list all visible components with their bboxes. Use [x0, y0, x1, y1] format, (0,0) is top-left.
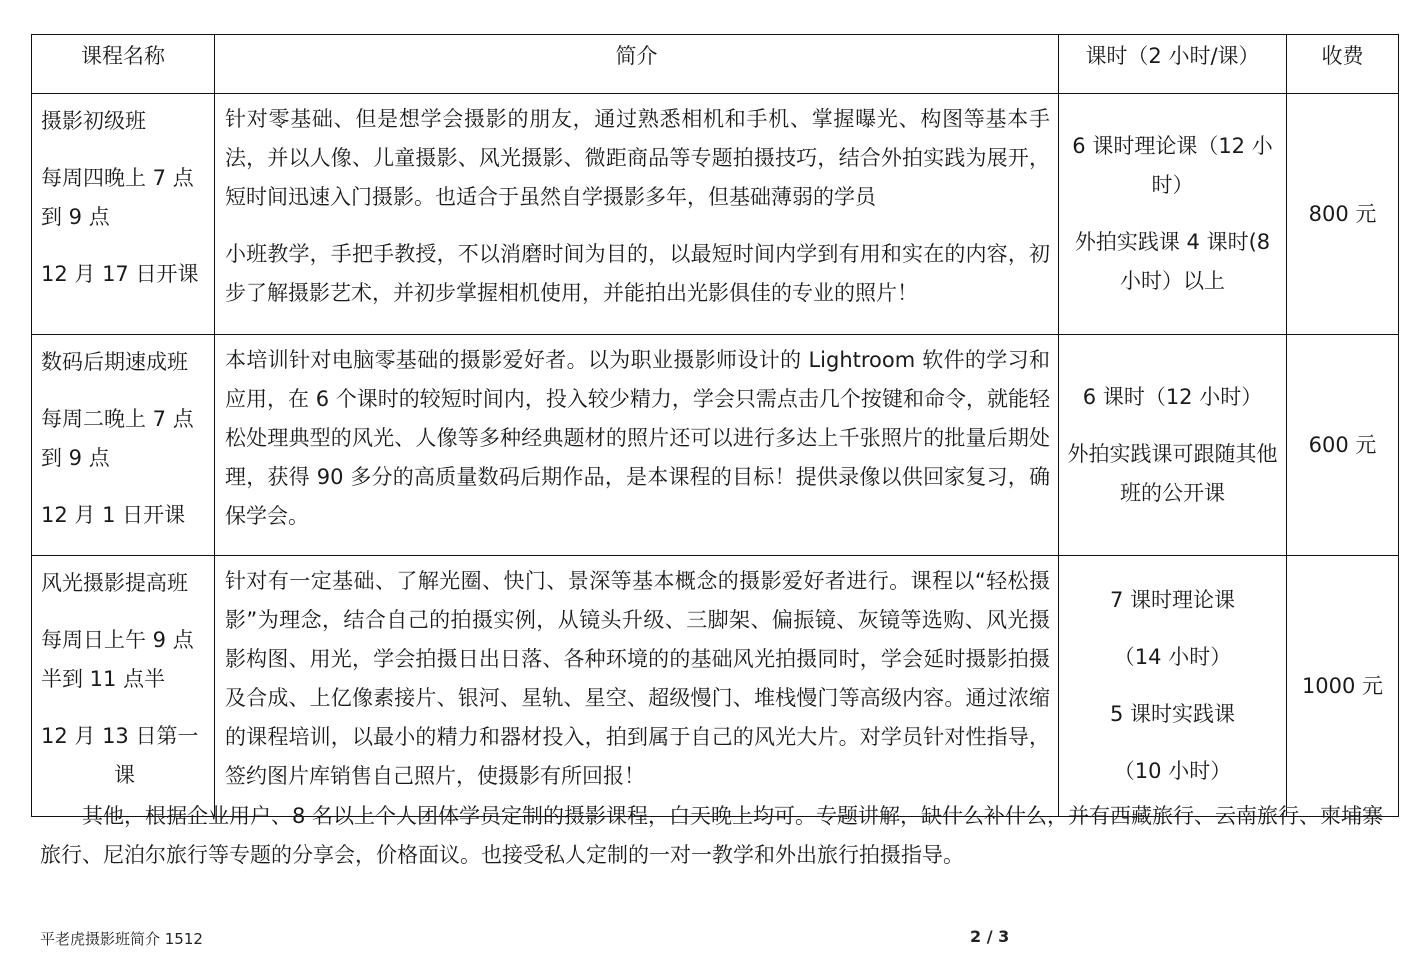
course-schedule-cont: 半到 11 点半 [41, 660, 208, 699]
additional-note: 其他，根据企业用户、8 名以上个人团体学员定制的摄影课程，白天晚上均可。专题讲解… [40, 797, 1390, 875]
page-number: 2 / 3 [970, 927, 1009, 946]
course-description-extra: 小班教学，手把手教授，不以消磨时间为目的，以最短时间内学到有用和实在的内容，初步… [225, 235, 1050, 313]
header-course-name: 课程名称 [32, 35, 215, 94]
course-start-date: 12 月 13 日第一 [41, 717, 208, 756]
theory-hours-detail: （14 小时） [1067, 638, 1278, 677]
course-schedule: 每周四晚上 7 点 [41, 159, 208, 198]
footer-doc-title: 平老虎摄影班简介 1512 [40, 928, 203, 949]
practice-hours-detail: （10 小时） [1067, 752, 1278, 791]
header-description: 简介 [215, 35, 1059, 94]
practice-hours: 外拍实践课可跟随其他班的公开课 [1067, 435, 1278, 513]
course-description-cell: 针对零基础、但是想学会摄影的朋友，通过熟悉相机和手机、掌握曝光、构图等基本手法，… [215, 94, 1059, 335]
table-row: 摄影初级班 每周四晚上 7 点 到 9 点 12 月 17 日开课 针对零基础、… [32, 94, 1399, 335]
header-fee: 收费 [1287, 35, 1399, 94]
course-name-cell: 数码后期速成班 每周二晚上 7 点 到 9 点 12 月 1 日开课 [32, 335, 215, 556]
header-hours: 课时（2 小时/课） [1059, 35, 1287, 94]
theory-hours: 6 课时（12 小时） [1067, 378, 1278, 417]
theory-hours: 7 课时理论课 [1067, 581, 1278, 620]
course-description: 针对零基础、但是想学会摄影的朋友，通过熟悉相机和手机、掌握曝光、构图等基本手法，… [225, 100, 1050, 217]
course-hours-cell: 6 课时（12 小时） 外拍实践课可跟随其他班的公开课 [1059, 335, 1287, 556]
course-fee: 1000 元 [1287, 556, 1399, 817]
course-start-date-cont: 课 [41, 756, 208, 795]
course-schedule: 每周日上午 9 点 [41, 621, 208, 660]
practice-hours: 外拍实践课 4 课时(8 小时）以上 [1067, 223, 1278, 301]
course-title: 数码后期速成班 [41, 343, 208, 382]
course-name-cell: 风光摄影提高班 每周日上午 9 点 半到 11 点半 12 月 13 日第一 课 [32, 556, 215, 817]
course-fee: 600 元 [1287, 335, 1399, 556]
document-page: 课程名称 简介 课时（2 小时/课） 收费 摄影初级班 每周四晚上 7 点 到 … [0, 0, 1414, 962]
table-row: 数码后期速成班 每周二晚上 7 点 到 9 点 12 月 1 日开课 本培训针对… [32, 335, 1399, 556]
course-description-cell: 针对有一定基础、了解光圈、快门、景深等基本概念的摄影爱好者进行。课程以“轻松摄影… [215, 556, 1059, 817]
course-fee: 800 元 [1287, 94, 1399, 335]
course-start-date: 12 月 17 日开课 [41, 255, 208, 294]
course-title: 摄影初级班 [41, 102, 208, 141]
course-schedule-cont: 到 9 点 [41, 198, 208, 237]
theory-hours: 6 课时理论课（12 小时） [1067, 127, 1278, 205]
course-hours-cell: 7 课时理论课 （14 小时） 5 课时实践课 （10 小时） [1059, 556, 1287, 817]
course-schedule-cont: 到 9 点 [41, 439, 208, 478]
course-hours-cell: 6 课时理论课（12 小时） 外拍实践课 4 课时(8 小时）以上 [1059, 94, 1287, 335]
course-name-cell: 摄影初级班 每周四晚上 7 点 到 9 点 12 月 17 日开课 [32, 94, 215, 335]
course-start-date: 12 月 1 日开课 [41, 496, 208, 535]
practice-hours: 5 课时实践课 [1067, 695, 1278, 734]
course-title: 风光摄影提高班 [41, 564, 208, 603]
course-description-cell: 本培训针对电脑零基础的摄影爱好者。以为职业摄影师设计的 Lightroom 软件… [215, 335, 1059, 556]
table-row: 风光摄影提高班 每周日上午 9 点 半到 11 点半 12 月 13 日第一 课… [32, 556, 1399, 817]
table-header-row: 课程名称 简介 课时（2 小时/课） 收费 [32, 35, 1399, 94]
course-description: 本培训针对电脑零基础的摄影爱好者。以为职业摄影师设计的 Lightroom 软件… [225, 341, 1050, 536]
course-schedule: 每周二晚上 7 点 [41, 400, 208, 439]
course-description: 针对有一定基础、了解光圈、快门、景深等基本概念的摄影爱好者进行。课程以“轻松摄影… [225, 562, 1050, 796]
course-table: 课程名称 简介 课时（2 小时/课） 收费 摄影初级班 每周四晚上 7 点 到 … [31, 34, 1399, 817]
